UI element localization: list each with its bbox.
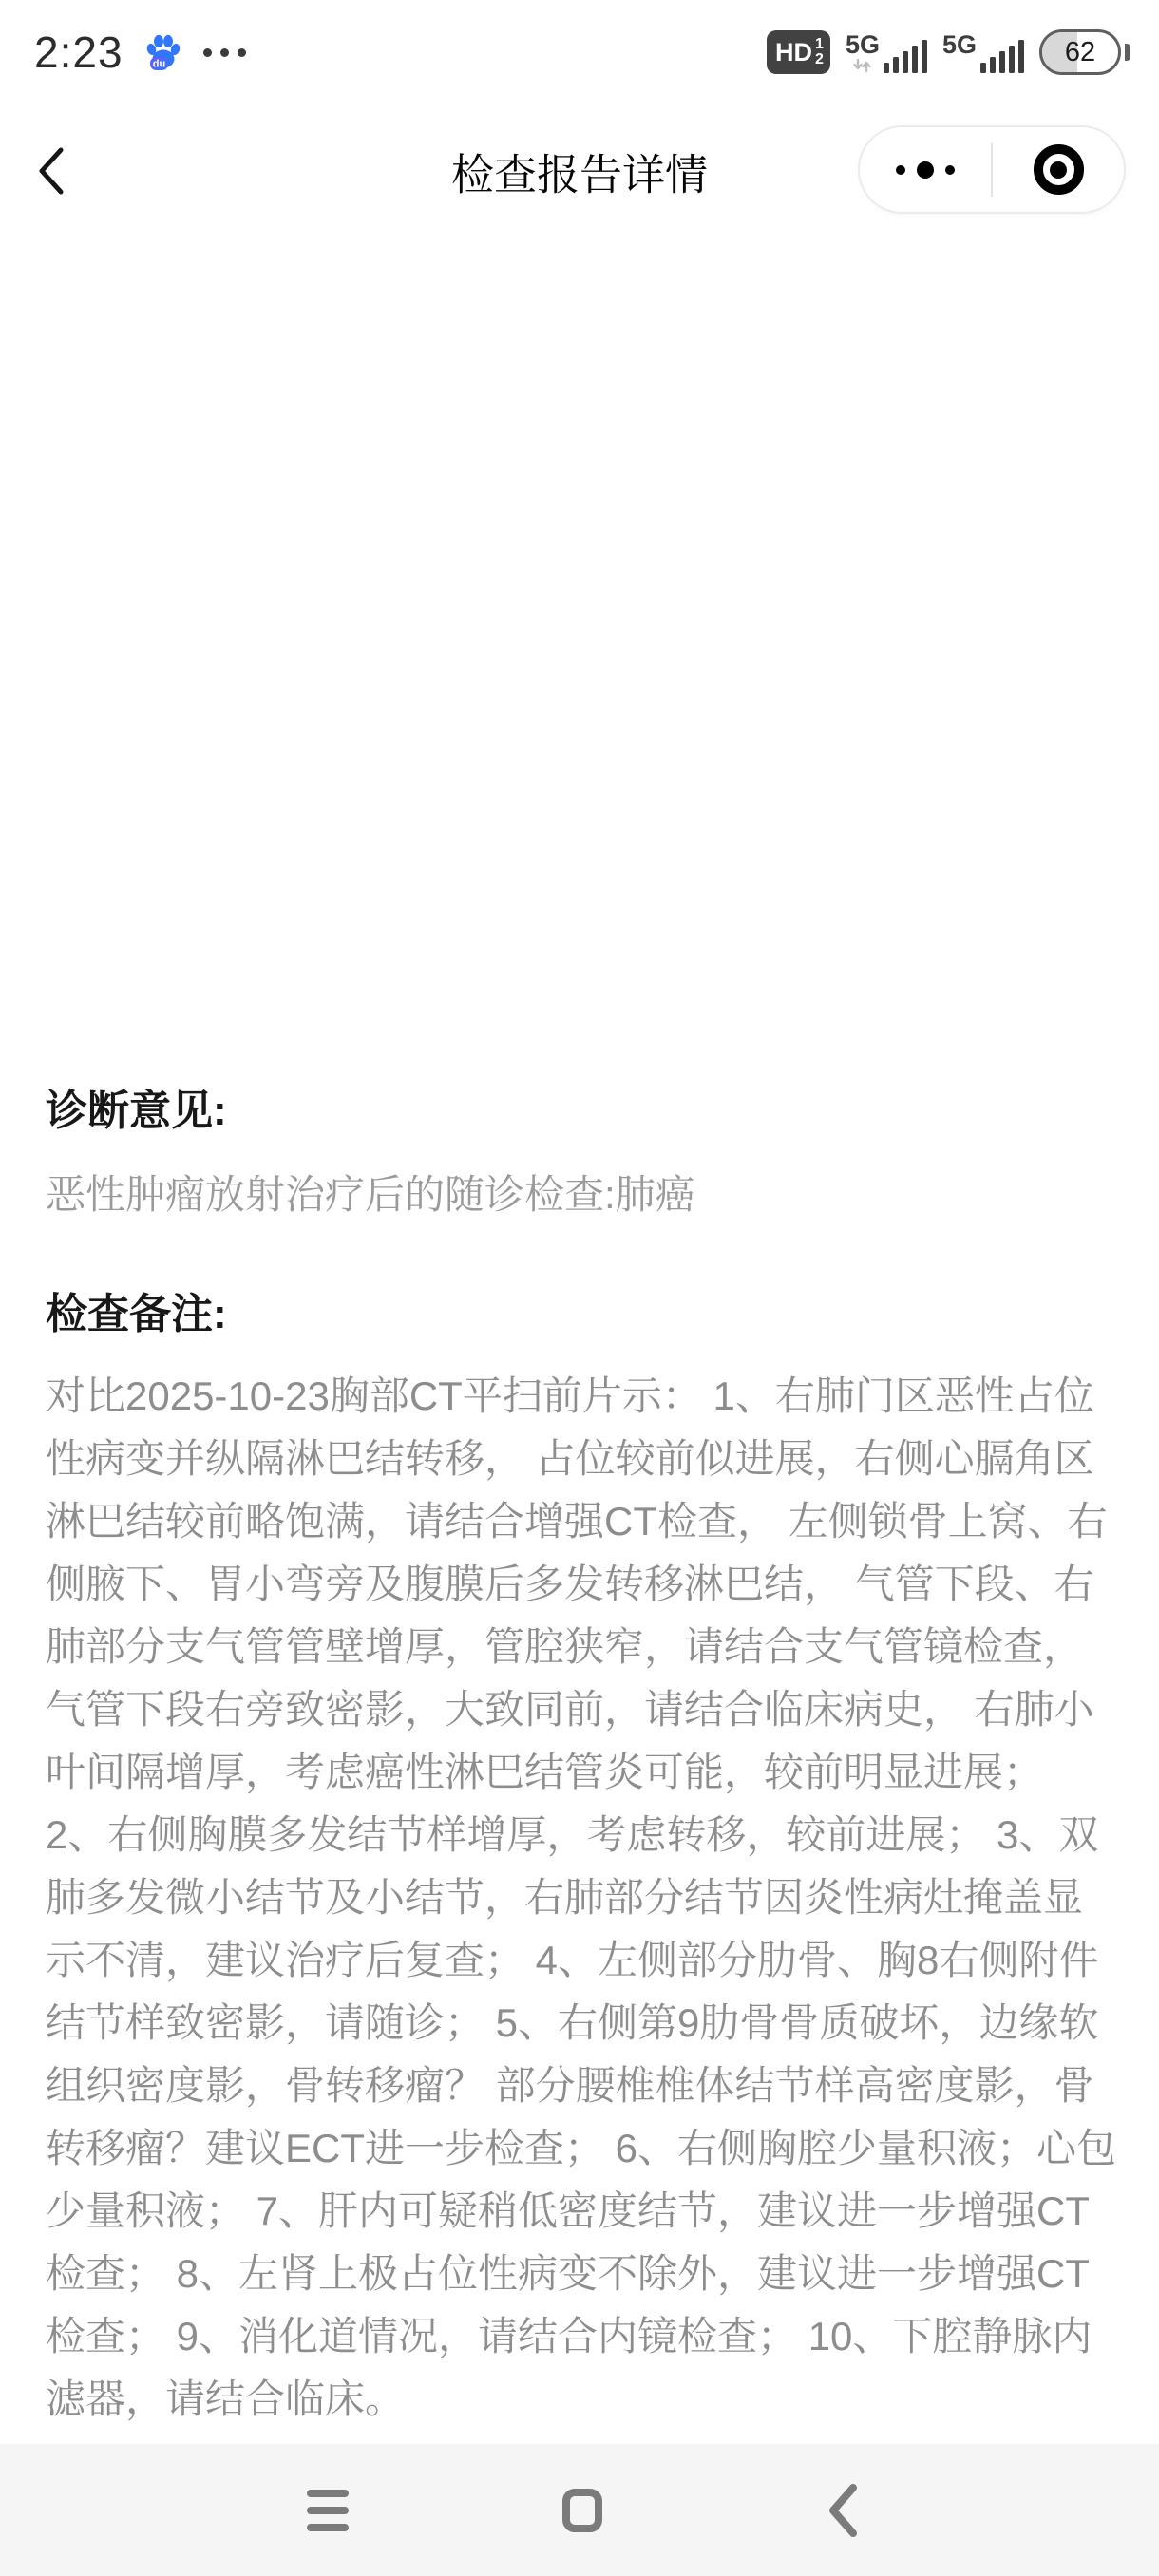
exit-target-icon bbox=[1034, 144, 1084, 195]
note-line: 结节样致密影，请随诊； 5、右侧第9肋骨骨质破坏，边缘软 bbox=[46, 1992, 1113, 2055]
note-line: 气管下段右旁致密影，大致同前，请结合临床病史， 右肺小 bbox=[46, 1678, 1113, 1741]
notification-more-dots-icon bbox=[203, 48, 246, 57]
signal-bars-icon bbox=[883, 37, 927, 73]
battery-nub bbox=[1125, 44, 1130, 61]
note-line: 叶间隔增厚，考虑癌性淋巴结管炎可能，较前明显进展； bbox=[46, 1741, 1113, 1804]
note-line: 示不清，建议治疗后复查； 4、左侧部分肋骨、胸8右侧附件 bbox=[46, 1929, 1113, 1992]
note-line: 检查； 8、左肾上极占位性病变不除外，建议进一步增强CT bbox=[46, 2243, 1113, 2305]
note-line: 组织密度影，骨转移瘤？ 部分腰椎椎体结节样高密度影，骨 bbox=[46, 2055, 1113, 2117]
system-back-button[interactable] bbox=[809, 2444, 876, 2576]
notes-paragraph: 对比2025-10-23胸部CT平扫前片示： 1、右肺门区恶性占位性病变并纵隔淋… bbox=[46, 1365, 1113, 2431]
signal-sim1: 5G bbox=[845, 32, 927, 73]
battery-level: 62 bbox=[1042, 32, 1118, 72]
signal-bars-icon bbox=[980, 37, 1024, 73]
data-activity-arrows-icon bbox=[852, 58, 873, 73]
home-button[interactable] bbox=[549, 2444, 616, 2576]
report-content: 诊断意见: 恶性肿瘤放射治疗后的随诊检查:肺癌 检查备注: 对比2025-10-… bbox=[0, 247, 1159, 2431]
notes-heading: 检查备注: bbox=[46, 1289, 1113, 1340]
note-line: 少量积液； 7、肝内可疑稍低密度结节，建议进一步增强CT bbox=[46, 2180, 1113, 2243]
note-line: 转移瘤？建议ECT进一步检查； 6、右侧胸腔少量积液；心包 bbox=[46, 2117, 1113, 2180]
clock-time: 2:23 bbox=[34, 27, 123, 78]
note-line: 肺部分支气管管壁增厚，管腔狭窄，请结合支气管镜检查， bbox=[46, 1616, 1113, 1678]
note-line: 2、右侧胸膜多发结节样增厚，考虑转移，较前进展； 3、双 bbox=[46, 1804, 1113, 1866]
baidu-notification-icon: du bbox=[144, 33, 182, 71]
back-chevron-icon bbox=[828, 2483, 857, 2538]
menu-icon bbox=[307, 2490, 349, 2531]
signal-sim2: 5G bbox=[942, 32, 1024, 73]
miniprogram-capsule bbox=[858, 125, 1126, 214]
note-line: 滤器，请结合临床。 bbox=[46, 2368, 1113, 2431]
blank-report-area bbox=[46, 247, 1113, 1086]
system-navigation-bar bbox=[0, 2444, 1159, 2576]
baidu-du-label: du bbox=[152, 59, 164, 70]
battery-icon: 62 bbox=[1039, 29, 1121, 75]
note-line: 对比2025-10-23胸部CT平扫前片示： 1、右肺门区恶性占位 bbox=[46, 1365, 1113, 1428]
phone-screen: 2:23 du HD 1 bbox=[0, 0, 1159, 2576]
recents-menu-button[interactable] bbox=[294, 2444, 361, 2576]
volte-hd-badge: HD 1 2 bbox=[767, 30, 830, 74]
close-miniprogram-button[interactable] bbox=[993, 127, 1124, 212]
note-line: 肺多发微小结节及小结节，右肺部分结节因炎性病灶掩盖显 bbox=[46, 1866, 1113, 1929]
note-line: 检查； 9、消化道情况，请结合内镜检查； 10、下腔静脉内 bbox=[46, 2305, 1113, 2368]
more-options-button[interactable] bbox=[860, 127, 991, 212]
note-line: 性病变并纵隔淋巴结转移， 占位较前似进展，右侧心膈角区 bbox=[46, 1428, 1113, 1490]
diagnosis-text: 恶性肿瘤放射治疗后的随诊检查:肺癌 bbox=[46, 1171, 1113, 1219]
note-line: 淋巴结较前略饱满，请结合增强CT检查， 左侧锁骨上窝、右 bbox=[46, 1490, 1113, 1553]
nav-bar: 检查报告详情 bbox=[0, 95, 1159, 247]
note-line: 侧腋下、胃小弯旁及腹膜后多发转移淋巴结， 气管下段、右 bbox=[46, 1553, 1113, 1616]
home-icon bbox=[562, 2489, 602, 2532]
ellipsis-icon bbox=[896, 161, 955, 179]
diagnosis-heading: 诊断意见: bbox=[46, 1086, 1113, 1137]
status-bar: 2:23 du HD 1 bbox=[0, 0, 1159, 95]
